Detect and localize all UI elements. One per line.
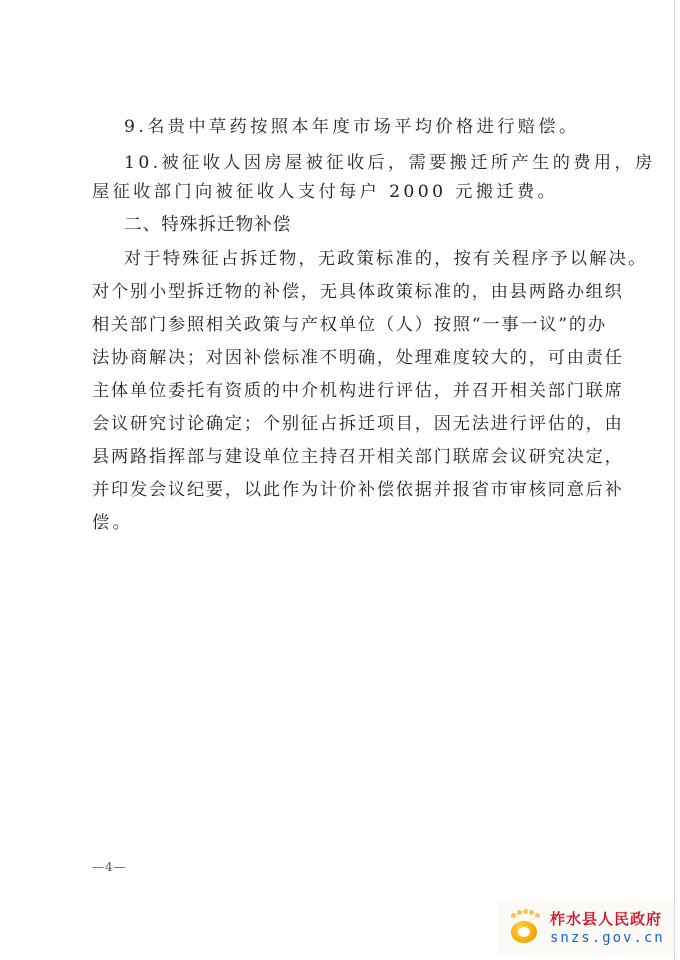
text-line: 会议研究讨论确定；个别征占拆迁项目，因无法进行评估的，由 <box>92 414 624 434</box>
watermark-title: 柞水县人民政府 <box>550 909 665 929</box>
text-line: 偿。 <box>92 513 133 533</box>
watermark-url: snzs.gov.cn <box>550 929 665 947</box>
sun-logo-icon <box>508 909 542 947</box>
section-heading: 二、特殊拆迁物补偿 <box>124 215 291 235</box>
text-line: 并印发会议纪要，以此作为计价补偿依据并报省市审核同意后补 <box>92 480 624 500</box>
page-edge-divider <box>674 0 675 960</box>
text-line-item-9: 9.名贵中草药按照本年度市场平均价格进行赔偿。 <box>124 117 580 137</box>
text-line: 对于特殊征占拆迁物，无政策标准的，按有关程序予以解决。 <box>124 249 647 269</box>
text-line-item-10: 10.被征收人因房屋被征收后，需要搬迁所产生的费用，房 <box>124 153 656 173</box>
watermark-badge: 柞水县人民政府 snzs.gov.cn <box>498 900 674 956</box>
text-line: 对个别小型拆迁物的补偿，无具体政策标准的，由县两路办组织 <box>92 282 624 302</box>
text-line: 主体单位委托有资质的中介机构进行评估，并召开相关部门联席 <box>92 381 624 401</box>
page-number: —4— <box>92 860 127 874</box>
text-line: 县两路指挥部与建设单位主持召开相关部门联席会议研究决定， <box>92 447 624 467</box>
document-page: 9.名贵中草药按照本年度市场平均价格进行赔偿。 10.被征收人因房屋被征收后，需… <box>0 0 680 960</box>
text-line: 相关部门参照相关政策与产权单位（人）按照“一事一议”的办 <box>92 315 607 335</box>
text-line: 屋征收部门向被征收人支付每户 2000 元搬迁费。 <box>92 182 558 202</box>
text-line: 法协商解决；对因补偿标准不明确，处理难度较大的，可由责任 <box>92 348 624 368</box>
